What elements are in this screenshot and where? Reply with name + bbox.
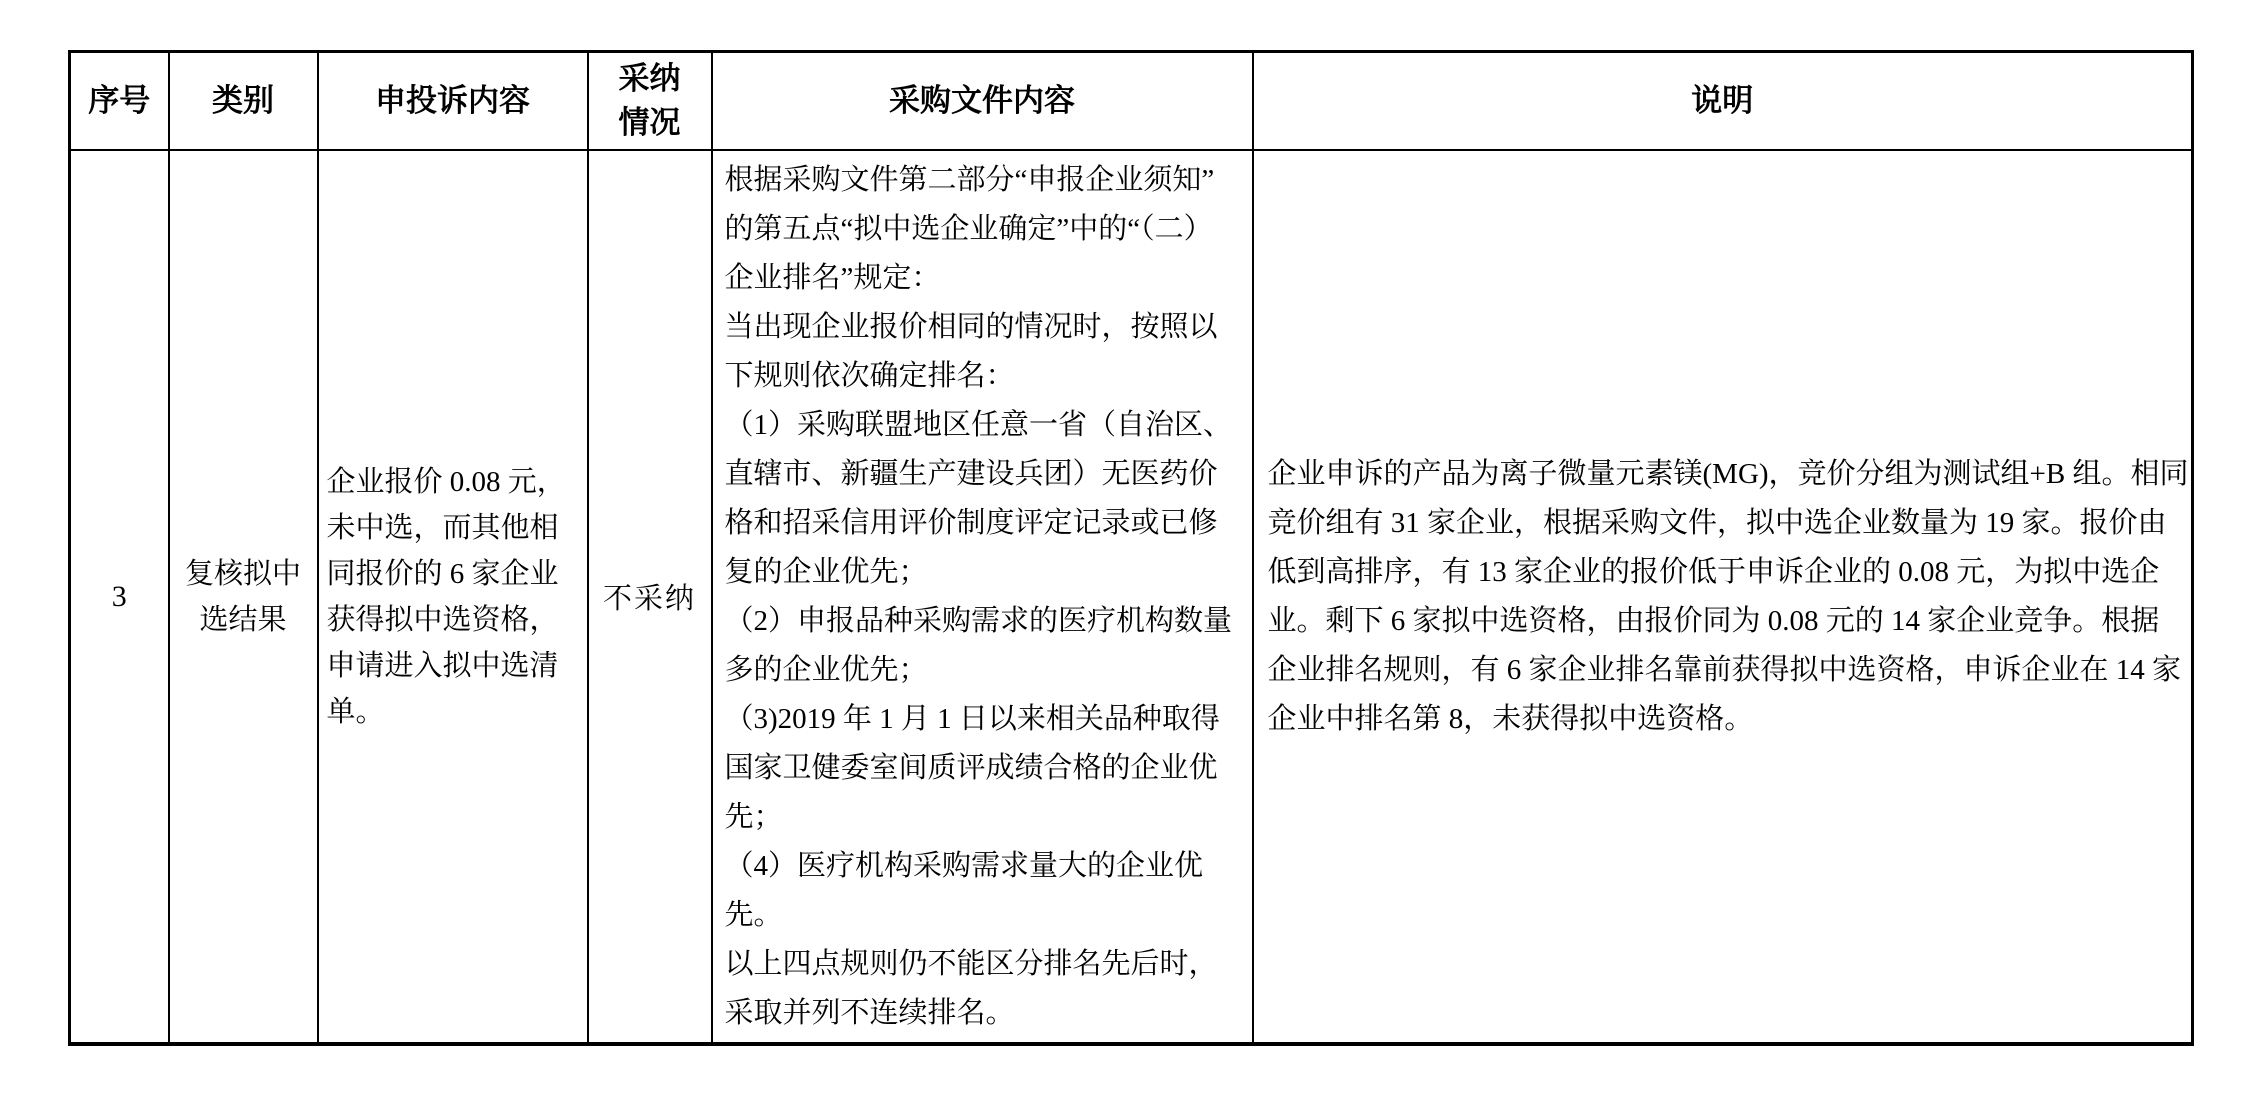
header-row: 序号 类别 申投诉内容 采纳 情况 采购文件内容 说明 <box>70 52 2193 151</box>
header-adoption-status: 采纳 情况 <box>588 52 712 151</box>
header-explanation: 说明 <box>1253 52 2193 151</box>
cell-explanation: 企业申诉的产品为离子微量元素镁(MG)，竞价分组为测试组+B 组。相同 竞价组有… <box>1253 150 2193 1044</box>
cell-procurement-document-content: 根据采购文件第二部分“申报企业须知” 的第五点“拟中选企业确定”中的“（二） 企… <box>712 150 1253 1044</box>
cell-adoption-status: 不采纳 <box>588 150 712 1044</box>
cell-category: 复核拟中 选结果 <box>169 150 318 1044</box>
header-procurement-document-content: 采购文件内容 <box>712 52 1253 151</box>
header-complaint-content: 申投诉内容 <box>318 52 588 151</box>
complaint-review-table: 序号 类别 申投诉内容 采纳 情况 采购文件内容 说明 3 复核拟中 选结果 企… <box>68 50 2194 1046</box>
document-page: 序号 类别 申投诉内容 采纳 情况 采购文件内容 说明 3 复核拟中 选结果 企… <box>0 0 2264 1120</box>
table-row: 3 复核拟中 选结果 企业报价 0.08 元， 未中选，而其他相 同报价的 6 … <box>70 150 2193 1044</box>
header-category: 类别 <box>169 52 318 151</box>
cell-serial-number: 3 <box>70 150 169 1044</box>
header-serial-number: 序号 <box>70 52 169 151</box>
cell-complaint-content: 企业报价 0.08 元， 未中选，而其他相 同报价的 6 家企业 获得拟中选资格… <box>318 150 588 1044</box>
